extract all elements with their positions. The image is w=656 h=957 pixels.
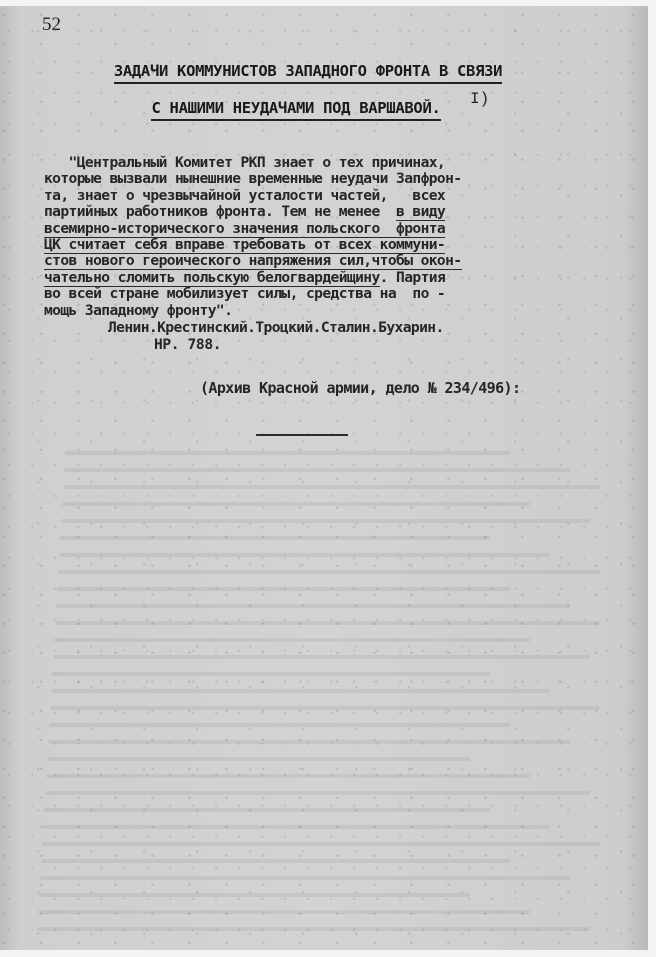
body-line: всемирно-исторического значения польског… xyxy=(44,221,624,237)
document-title-line-1: ЗАДАЧИ КОММУНИСТОВ ЗАПАДНОГО ФРОНТА В СВ… xyxy=(8,62,608,80)
body-line: во всей стране мобилизует силы, средства… xyxy=(44,286,624,302)
ghost-line xyxy=(42,842,600,846)
body-text-segment: которые вызвали нынешние временные неуда… xyxy=(44,170,462,187)
body-line: ЦК считает себя вправе требовать от всех… xyxy=(44,237,624,253)
footnote-mark: I) xyxy=(470,90,489,108)
ghost-line xyxy=(52,672,490,676)
ghost-line xyxy=(45,791,590,795)
ghost-line xyxy=(60,536,490,540)
body-text-segment: мощь Западному фронту". xyxy=(44,302,232,319)
ghost-line xyxy=(47,757,470,761)
ghost-line xyxy=(62,502,530,506)
ghost-line xyxy=(44,808,490,812)
ghost-line xyxy=(51,689,550,693)
document-page: 52 ЗАДАЧИ КОММУНИСТОВ ЗАПАДНОГО ФРОНТА В… xyxy=(0,6,648,950)
ghost-line xyxy=(65,451,510,455)
underlined-text: всемирно-исторического значения польског… xyxy=(44,220,445,238)
signatures: Ленин.Крестинский.Троцкий.Сталин.Бухарин… xyxy=(108,319,444,336)
body-line: партийных работников фронта. Тем не мене… xyxy=(44,204,624,220)
ghost-line xyxy=(55,621,600,625)
ghost-line xyxy=(61,519,590,523)
body-line: "Центральный Комитет РКП знает о тех при… xyxy=(44,155,624,171)
ghost-line xyxy=(48,740,570,744)
ghost-line xyxy=(39,893,470,897)
body-line: мощь Западному фронту". xyxy=(44,303,624,319)
ghost-line xyxy=(59,553,550,557)
ghost-line xyxy=(43,825,550,829)
body-line: которые вызвали нынешние временные неуда… xyxy=(44,171,624,187)
ghost-line xyxy=(56,604,570,608)
underlined-text: в виду xyxy=(396,203,445,221)
body-line: стов нового героического напряжения сил,… xyxy=(44,253,624,269)
ghost-line xyxy=(64,468,570,472)
underlined-text: ЦК считает себя вправе требовать от всех… xyxy=(44,236,445,254)
ghost-line xyxy=(49,723,510,727)
body-text-segment: во всей стране мобилизует силы, средства… xyxy=(44,285,445,302)
underlined-text: стов нового героического напряжения сил,… xyxy=(44,252,462,270)
ghost-line xyxy=(46,774,530,778)
page-number: 52 xyxy=(42,14,61,36)
body-text-segment: . Партия xyxy=(380,269,446,286)
reference-number: НР. 788. xyxy=(154,336,221,353)
ghost-line xyxy=(41,859,510,863)
body-text-segment: партийных работников фронта. Тем не мене… xyxy=(44,203,396,220)
ghost-line xyxy=(63,485,600,489)
body-text-segment: "Центральный Комитет РКП знает о тех при… xyxy=(44,154,445,171)
body-line: та, знает о чрезвычайной усталости часте… xyxy=(44,188,624,204)
ghost-line xyxy=(50,706,600,710)
underlined-text: чательно сломить польскую белогвардейщин… xyxy=(44,269,380,287)
body-text-segment: та, знает о чрезвычайной усталости часте… xyxy=(44,187,445,204)
section-divider xyxy=(256,434,348,436)
ghost-line xyxy=(53,655,590,659)
ghost-line xyxy=(40,876,570,880)
ghost-line xyxy=(54,638,530,642)
body-line: чательно сломить польскую белогвардейщин… xyxy=(44,270,624,286)
telegram-body: "Центральный Комитет РКП знает о тех при… xyxy=(44,155,624,319)
ghost-line xyxy=(38,910,530,914)
ghost-line xyxy=(37,927,590,931)
ghost-line xyxy=(58,570,600,574)
archive-reference: (Архив Красной армии, дело № 234/496): xyxy=(200,379,520,397)
ghost-line xyxy=(57,587,510,591)
document-title-line-2: С НАШИМИ НЕУДАЧАМИ ПОД ВАРШАВОЙ. xyxy=(0,99,596,117)
